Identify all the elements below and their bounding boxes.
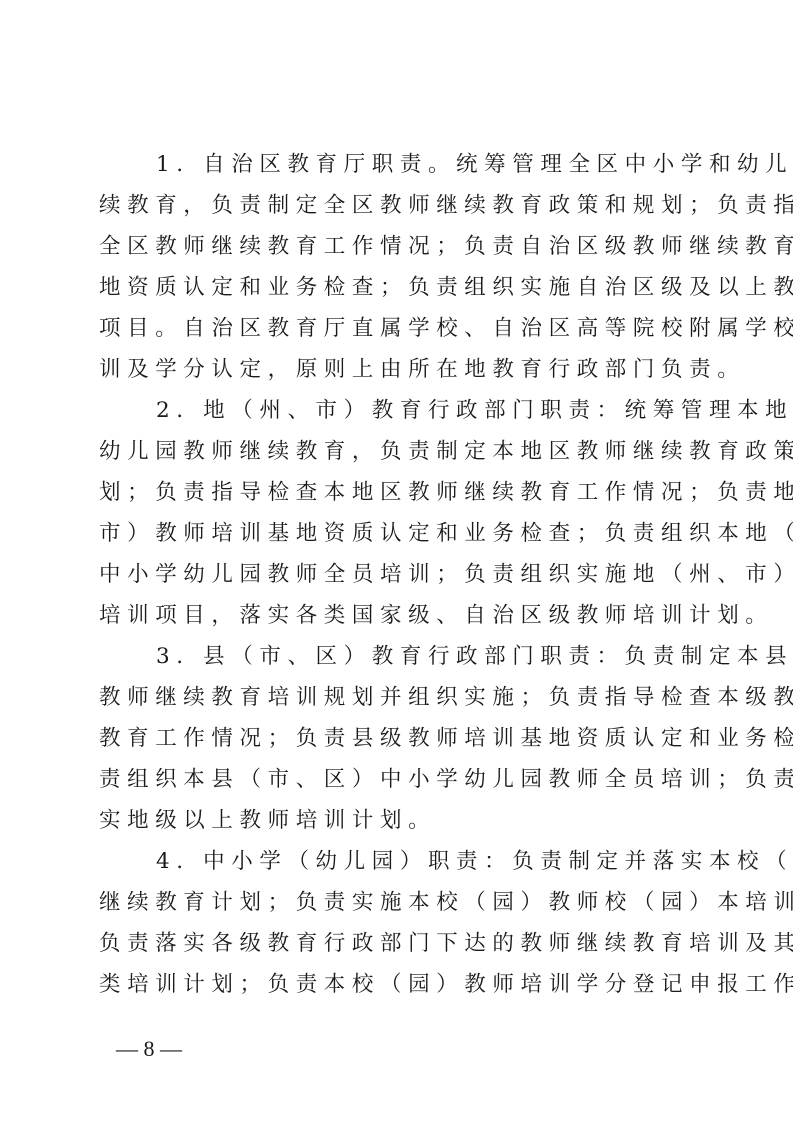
text-line: 划；负责指导检查本地区教师继续教育工作情况；负责地（州、 — [99, 472, 695, 513]
text-line: 幼儿园教师继续教育，负责制定本地区教师继续教育政策和规 — [99, 431, 695, 472]
text-line: 类培训计划；负责本校（园）教师培训学分登记申报工作。 — [99, 964, 695, 1005]
paragraph-2: 2. 地（州、市）教育行政部门职责：统筹管理本地区中小学、 幼儿园教师继续教育，… — [99, 390, 695, 636]
page-number: — 8 — — [116, 1036, 182, 1062]
text-line: 4. 中小学（幼儿园）职责：负责制定并落实本校（园）教师 — [99, 841, 695, 882]
text-line: 实地级以上教师培训计划。 — [99, 800, 695, 841]
text-line: 1. 自治区教育厅职责。统筹管理全区中小学和幼儿园教师继 — [99, 144, 695, 185]
paragraph-4: 4. 中小学（幼儿园）职责：负责制定并落实本校（园）教师 继续教育计划；负责实施… — [99, 841, 695, 1005]
text-line: 市）教师培训基地资质认定和业务检查；负责组织本地（州、市） — [99, 513, 695, 554]
text-line: 项目。自治区教育厅直属学校、自治区高等院校附属学校教师培 — [99, 308, 695, 349]
paragraph-1: 1. 自治区教育厅职责。统筹管理全区中小学和幼儿园教师继 续教育，负责制定全区教… — [99, 144, 695, 390]
document-body: 1. 自治区教育厅职责。统筹管理全区中小学和幼儿园教师继 续教育，负责制定全区教… — [99, 144, 695, 1005]
paragraph-3: 3. 县（市、区）教育行政部门职责：负责制定本县（市、区） 教师继续教育培训规划… — [99, 636, 695, 841]
text-line: 继续教育计划；负责实施本校（园）教师校（园）本培训工作； — [99, 882, 695, 923]
text-line: 教师继续教育培训规划并组织实施；负责指导检查本级教师继续 — [99, 677, 695, 718]
text-line: 责组织本县（市、区）中小学幼儿园教师全员培训；负责统筹落 — [99, 759, 695, 800]
text-line: 全区教师继续教育工作情况；负责自治区级教师继续教育培训基 — [99, 226, 695, 267]
text-line: 地资质认定和业务检查；负责组织实施自治区级及以上教师培训 — [99, 267, 695, 308]
text-line: 训及学分认定，原则上由所在地教育行政部门负责。 — [99, 349, 695, 390]
text-line: 3. 县（市、区）教育行政部门职责：负责制定本县（市、区） — [99, 636, 695, 677]
text-line: 教育工作情况；负责县级教师培训基地资质认定和业务检查；负 — [99, 718, 695, 759]
text-line: 2. 地（州、市）教育行政部门职责：统筹管理本地区中小学、 — [99, 390, 695, 431]
text-line: 培训项目，落实各类国家级、自治区级教师培训计划。 — [99, 595, 695, 636]
text-line: 负责落实各级教育行政部门下达的教师继续教育培训及其它各 — [99, 923, 695, 964]
text-line: 中小学幼儿园教师全员培训；负责组织实施地（州、市）级教师 — [99, 554, 695, 595]
text-line: 续教育，负责制定全区教师继续教育政策和规划；负责指导检查 — [99, 185, 695, 226]
